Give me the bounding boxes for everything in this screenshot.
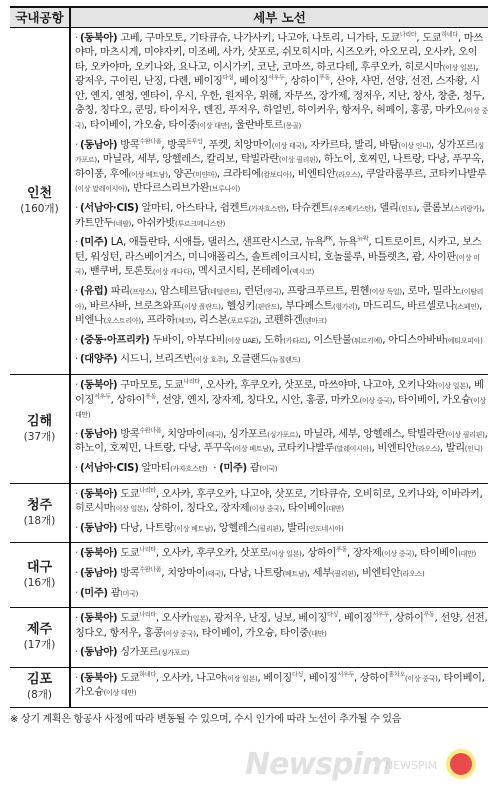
region-route-list: ·(동북아) 구마모토, 도쿄나리타, 오사카, 후쿠오카, 삿포로, 마쓰야마…: [75, 377, 488, 426]
bullet-icon: ·: [75, 203, 78, 214]
region-cities: 도쿄나리타, 오사카(일본), 광저우, 난징, 닝보, 베이징다싱, 베이징서…: [75, 613, 487, 639]
region-route-list: ·(유럽) 파리(프랑스), 암스테르담(네덜란드), 런던(영국), 프랑크푸…: [75, 283, 488, 332]
region-cities: 방콕수완나폼, 치앙마이(태국), 싱가포르(싱가포르), 마닐라, 세부, 앙…: [75, 429, 488, 455]
bullet-icon: ·: [75, 286, 78, 297]
footnote: ※ 상기 계획은 항공사 사정에 따라 변동될 수 있으며, 수시 인가에 따라…: [10, 710, 488, 725]
bullet-icon: ·: [75, 33, 78, 44]
airport-cell: 김해(37개): [10, 374, 70, 483]
region-route-list: ·(동남아) 방콕수완나폼, 치앙마이(태국), 싱가포르(싱가포르), 마닐라…: [75, 426, 488, 460]
region-label: (동북아): [80, 613, 117, 624]
table-row: 김해(37개)·(동북아) 구마모토, 도쿄나리타, 오사카, 후쿠오카, 삿포…: [10, 374, 488, 483]
region-label: (동남아): [80, 523, 117, 534]
region-cities: 괌(미국): [108, 588, 138, 599]
region-route-list: ·(동남아) 방콕수완나폼, 치앙마이(태국), 다낭, 나트랑(베트남), 세…: [75, 565, 488, 585]
bullet-icon: ·: [75, 140, 78, 151]
airport-cell: 청주(18개): [10, 483, 70, 543]
region-label: (동남아): [80, 140, 117, 151]
region-cities: 시드니, 브리즈번(이상 호주), 오클랜드(뉴질랜드): [117, 354, 300, 365]
airport-name: 대구: [10, 560, 69, 576]
airport-name: 김해: [10, 414, 69, 430]
route-count: (16개): [10, 576, 69, 590]
bullet-icon: ·: [75, 463, 78, 474]
route-count: (17개): [10, 638, 69, 652]
routes-cell: ·(동북아) 구마모토, 도쿄나리타, 오사카, 후쿠오카, 삿포로, 마쓰야마…: [70, 374, 488, 483]
region-cities: 도쿄나리타, 오사카, 후쿠오카, 나고야, 삿포로, 기타큐슈, 오비히로, …: [75, 489, 482, 515]
region-route-list: ·(동남아) 다낭, 나트랑(이상 베트남), 앙헬레스(필리핀), 발리(인도…: [75, 520, 488, 540]
region-label: (서남아·CIS): [80, 463, 139, 474]
region-label: (동남아): [80, 429, 117, 440]
region-route-list: ·(동북아) 고베, 구마모토, 기타큐슈, 나가사키, 나고야, 나토리, 니…: [75, 30, 488, 137]
bullet-icon: ·: [75, 489, 78, 500]
region-label: (동북아): [80, 380, 117, 391]
route-count: (160개): [10, 202, 69, 216]
region-label: (서남아·CIS): [80, 203, 139, 214]
region-route-list: ·(대양주) 시드니, 브리즈번(이상 호주), 오클랜드(뉴질랜드): [75, 351, 488, 371]
route-count: (18개): [10, 514, 69, 528]
region-label: (동북아): [80, 548, 117, 559]
bullet-icon: ·: [75, 354, 78, 365]
watermark-text: Newspim: [245, 747, 392, 782]
bullet-icon: ·: [75, 568, 78, 579]
bullet-icon: ·: [75, 429, 78, 440]
routes-cell: ·(동북아) 고베, 구마모토, 기타큐슈, 나가사키, 나고야, 나토리, 니…: [70, 27, 488, 374]
watermark-small-text: NEWSPIM: [385, 759, 437, 772]
region-label: (동북아): [80, 33, 117, 44]
bullet-icon: ·: [75, 380, 78, 391]
bullet-icon: ·: [75, 237, 78, 248]
routes-cell: ·(동북아) 도쿄나리타, 오사카, 후쿠오카, 나고야, 삿포로, 기타큐슈,…: [70, 483, 488, 543]
airport-cell: 김포(8개): [10, 667, 70, 707]
table-row: 청주(18개)·(동북아) 도쿄나리타, 오사카, 후쿠오카, 나고야, 삿포로…: [10, 483, 488, 543]
bullet-icon: ·: [75, 548, 78, 559]
region-route-list: ·(동북아) 도쿄나리타, 오사카, 후쿠오카, 삿포로(이상 일본), 상하이…: [75, 545, 488, 565]
region-label: (중동·아프리카): [80, 335, 150, 346]
airport-name: 인천: [10, 186, 69, 202]
table-body: 인천(160개)·(동북아) 고베, 구마모토, 기타큐슈, 나가사키, 나고야…: [10, 27, 488, 708]
airport-cell: 대구(16개): [10, 543, 70, 608]
table-row: 대구(16개)·(동북아) 도쿄나리타, 오사카, 후쿠오카, 삿포로(이상 일…: [10, 543, 488, 608]
region-route-list: ·(동남아) 방콕수완나폼, 방콕돈무앙, 푸켓, 치앙마이(이상 태국), 자…: [75, 137, 488, 200]
region-label: (미주): [80, 588, 108, 599]
header-detailed-routes: 세부 노선: [70, 7, 488, 27]
region-route-list: ·(미주) 괌(미국): [75, 585, 488, 605]
bullet-icon: ·: [75, 523, 78, 534]
bullet-icon: ·: [75, 647, 78, 658]
region-cities: 두바이, 아부다비(이상 UAE), 도하(카타르), 이스탄불(튀르키예), …: [149, 335, 482, 346]
header-domestic-airport: 국내공항: [10, 7, 70, 27]
watermark-logo-icon: [450, 753, 472, 775]
region-cities: 방콕수완나폼, 방콕돈무앙, 푸켓, 치앙마이(이상 태국), 자카르타, 발리…: [75, 140, 486, 195]
airport-cell: 제주(17개): [10, 608, 70, 668]
region-label: (동남아): [80, 568, 117, 579]
watermark: Newspim NEWSPIM: [245, 745, 485, 789]
region-cities: 다낭, 나트랑(이상 베트남), 앙헬레스(필리핀), 발리(인도네시아): [117, 523, 343, 534]
region-cities: 도쿄나리타, 오사카, 후쿠오카, 삿포로(이상 일본), 상하이푸동, 장자제…: [117, 548, 476, 559]
bullet-icon: ·: [75, 335, 78, 346]
table-row: 제주(17개)·(동북아) 도쿄나리타, 오사카(일본), 광저우, 난징, 닝…: [10, 608, 488, 668]
region-route-list: ·(미주) LA, 애틀란타, 시애틀, 댈러스, 샌프란시스코, 뉴욕JFK,…: [75, 234, 488, 283]
region-cities: 알마티(카자흐스탄) · (미주) 괌(미국): [139, 463, 278, 474]
airport-cell: 인천(160개): [10, 27, 70, 374]
table-row: 인천(160개)·(동북아) 고베, 구마모토, 기타큐슈, 나가사키, 나고야…: [10, 27, 488, 374]
route-table: 국내공항 세부 노선 인천(160개)·(동북아) 고베, 구마모토, 기타큐슈…: [10, 6, 488, 708]
routes-cell: ·(동북아) 도쿄하네다, 오사카, 나고야(이상 일본), 베이징다싱, 베이…: [70, 667, 488, 707]
region-label: (동북아): [80, 673, 117, 684]
table-header-row: 국내공항 세부 노선: [10, 7, 488, 27]
region-label: (미주): [80, 237, 108, 248]
airport-name: 청주: [10, 498, 69, 514]
region-route-list: ·(동남아) 싱가포르(싱가포르): [75, 644, 488, 664]
airport-name: 제주: [10, 622, 69, 638]
route-count: (37개): [10, 430, 69, 444]
region-route-list: ·(중동·아프리카) 두바이, 아부다비(이상 UAE), 도하(카타르), 이…: [75, 332, 488, 352]
routes-cell: ·(동북아) 도쿄나리타, 오사카, 후쿠오카, 삿포로(이상 일본), 상하이…: [70, 543, 488, 608]
region-cities: 구마모토, 도쿄나리타, 오사카, 후쿠오카, 삿포로, 마쓰야마, 나고야, …: [75, 380, 486, 420]
region-cities: 파리(프랑스), 암스테르담(네덜란드), 런던(영국), 프랑크푸르트, 뮌헨…: [75, 286, 483, 326]
region-label: (유럽): [80, 286, 108, 297]
region-route-list: ·(동북아) 도쿄하네다, 오사카, 나고야(이상 일본), 베이징다싱, 베이…: [75, 670, 488, 704]
table-row: 김포(8개)·(동북아) 도쿄하네다, 오사카, 나고야(이상 일본), 베이징…: [10, 667, 488, 707]
route-count: (8개): [10, 688, 69, 702]
region-label: (동남아): [80, 647, 117, 658]
region-route-list: ·(서남아·CIS) 알마티(카자흐스탄) · (미주) 괌(미국): [75, 460, 488, 480]
region-cities: 고베, 구마모토, 기타큐슈, 나가사키, 나고야, 나토리, 니가타, 도쿄나…: [75, 33, 488, 132]
region-cities: 도쿄하네다, 오사카, 나고야(이상 일본), 베이징다싱, 베이징서우두, 상…: [75, 673, 485, 699]
region-label: (대양주): [80, 354, 117, 365]
region-cities: LA, 애틀란타, 시애틀, 댈러스, 샌프란시스코, 뉴욕JFK, 뉴욕뉴왁,…: [75, 237, 481, 277]
region-cities: 싱가포르(싱가포르): [117, 647, 189, 658]
region-route-list: ·(서남아·CIS) 알마티, 아스타나, 쉼켄트(카자흐스탄), 타슈켄트(우…: [75, 200, 488, 234]
airport-name: 김포: [10, 672, 69, 688]
region-route-list: ·(동북아) 도쿄나리타, 오사카, 후쿠오카, 나고야, 삿포로, 기타큐슈,…: [75, 486, 488, 520]
bullet-icon: ·: [75, 673, 78, 684]
bullet-icon: ·: [75, 588, 78, 599]
region-route-list: ·(동북아) 도쿄나리타, 오사카(일본), 광저우, 난징, 닝보, 베이징다…: [75, 610, 488, 644]
route-plan-document: 국내공항 세부 노선 인천(160개)·(동북아) 고베, 구마모토, 기타큐슈…: [10, 6, 488, 725]
routes-cell: ·(동북아) 도쿄나리타, 오사카(일본), 광저우, 난징, 닝보, 베이징다…: [70, 608, 488, 668]
region-cities: 방콕수완나폼, 치앙마이(태국), 다낭, 나트랑(베트남), 세부(필리핀),…: [117, 568, 424, 579]
region-label: (동북아): [80, 489, 117, 500]
bullet-icon: ·: [75, 613, 78, 624]
